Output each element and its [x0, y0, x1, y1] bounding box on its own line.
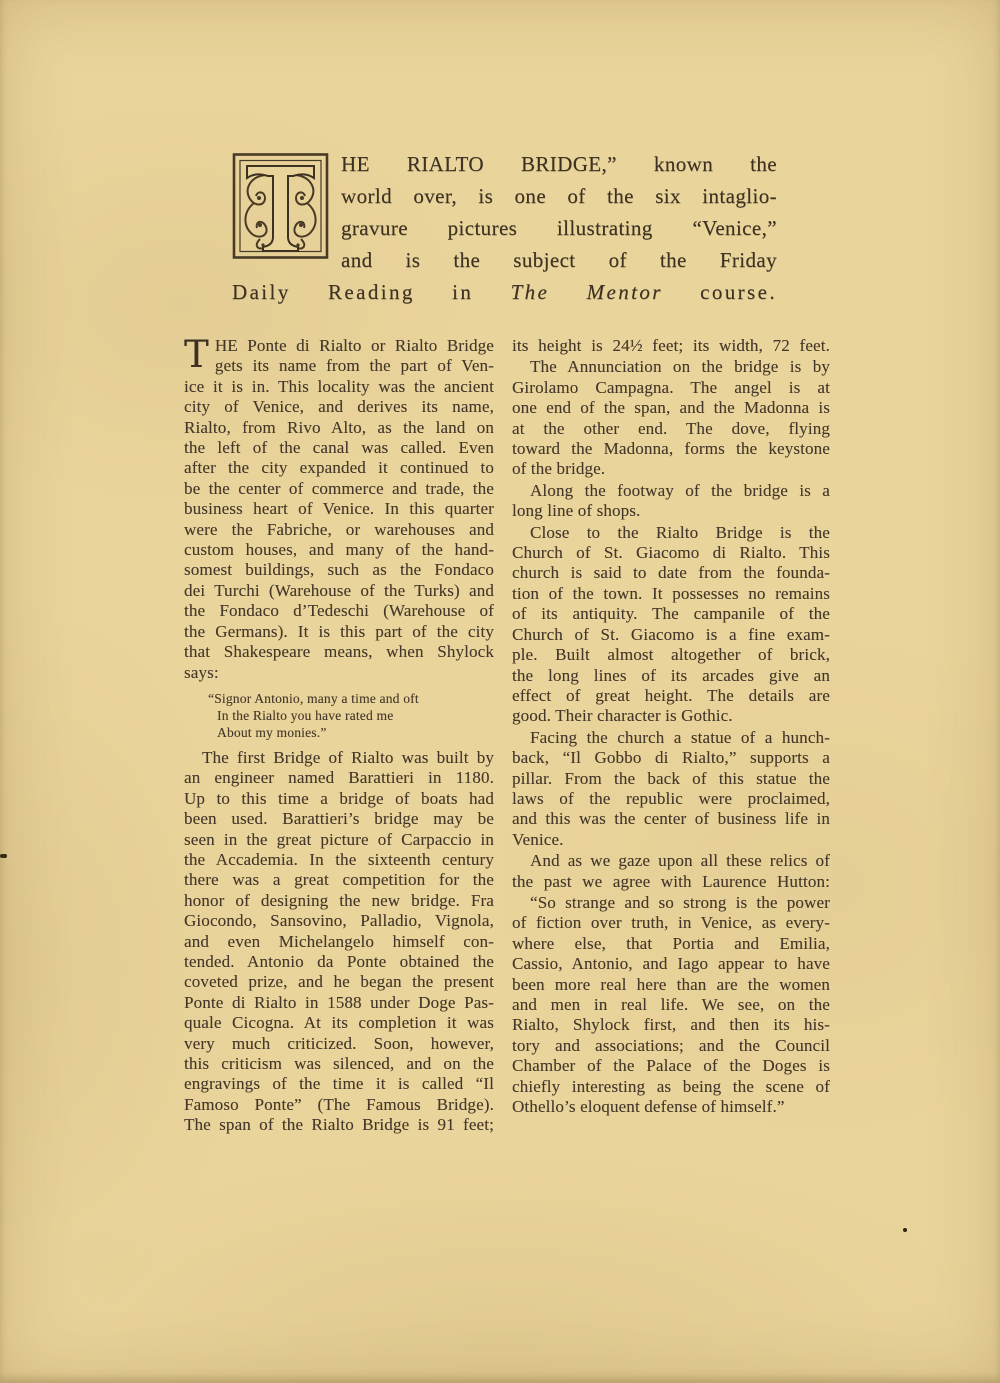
text-line: In the Rialto you have rated me	[208, 707, 494, 724]
paragraph: Along the footway of the bridge is along…	[512, 481, 830, 522]
text-line: seen in the great picture of Carpaccio i…	[184, 830, 494, 850]
text-line: and this was the center of business life…	[512, 809, 830, 829]
text-line: The first Bridge of Rialto was built by	[184, 748, 494, 768]
text-line: Othello’s eloquent defense of himself.”	[512, 1097, 830, 1117]
text-line: tory and associations; and the Council	[512, 1036, 830, 1056]
publication-name: The Mentor	[511, 280, 663, 304]
header-last-suffix: course.	[663, 280, 777, 304]
text-line: ice it is in. This locality was the anci…	[184, 377, 494, 397]
paragraph: “So strange and so strong is the powerof…	[512, 893, 830, 1117]
text-line: Rialto, Shylock first, and then its his-	[512, 1015, 830, 1035]
text-line: at the other end. The dove, flying	[512, 419, 830, 439]
ornate-initial-t-icon	[232, 151, 329, 261]
text-line: quale Cicogna. At its completion it was	[184, 1013, 494, 1033]
text-line: dei Turchi (Warehouse of the Turks) and	[184, 581, 494, 601]
paragraph: Facing the church a statue of a hunch-ba…	[512, 728, 830, 850]
text-line: very much criticized. Soon, however,	[184, 1034, 494, 1054]
text-line: The Annunciation on the bridge is by	[512, 357, 830, 377]
text-line: this criticism was silenced, and on the	[184, 1054, 494, 1074]
text-line: Up to this time a bridge of boats had	[184, 789, 494, 809]
text-line: pillar. From the back of this statue the	[512, 769, 830, 789]
left-column: THE Ponte di Rialto or Rialto Bridgegets…	[184, 336, 494, 1137]
text-line: business heart of Venice. In this quarte…	[184, 499, 494, 519]
text-line: Famoso Ponte” (The Famous Bridge).	[184, 1095, 494, 1115]
right-column: its height is 24½ feet; its width, 72 fe…	[512, 336, 830, 1118]
text-line: been more real here than are the women	[512, 975, 830, 995]
text-line: and even Michelangelo himself con-	[184, 932, 494, 952]
paragraph: THE Ponte di Rialto or Rialto Bridgegets…	[184, 336, 494, 683]
lead-paragraph: HE RIALTO BRIDGE,” known the world over,…	[232, 148, 777, 308]
text-line: Ponte di Rialto in 1588 under Doge Pas-	[184, 993, 494, 1013]
verse-quote: “Signor Antonio, many a time and oftIn t…	[208, 690, 494, 741]
paragraph: Close to the Rialto Bridge is theChurch …	[512, 523, 830, 727]
text-line: ple. Built almost altogether of brick,	[512, 645, 830, 665]
text-line: Cassio, Antonio, and Iago appear to have	[512, 954, 830, 974]
text-line: of fiction over truth, in Venice, as eve…	[512, 913, 830, 933]
paper-speck	[903, 1228, 907, 1232]
text-line: Church of St. Giacomo is a fine exam-	[512, 625, 830, 645]
paragraph: The first Bridge of Rialto was built bya…	[184, 748, 494, 1136]
drop-initial: T	[184, 337, 209, 376]
text-line: gets its name from the part of Ven-	[184, 356, 494, 376]
text-line: The span of the Rialto Bridge is 91 feet…	[184, 1115, 494, 1135]
paragraph: its height is 24½ feet; its width, 72 fe…	[512, 336, 830, 356]
text-line: church is said to date from the founda-	[512, 563, 830, 583]
text-line: after the city expanded it continued to	[184, 458, 494, 478]
text-line: and men in real life. We see, on the	[512, 995, 830, 1015]
text-line: somest buildings, such as the Fondaco	[184, 560, 494, 580]
text-line: HE Ponte di Rialto or Rialto Bridge	[184, 336, 494, 356]
text-line: Chamber of the Palace of the Doges is	[512, 1056, 830, 1076]
text-line: its height is 24½ feet; its width, 72 fe…	[512, 336, 830, 356]
text-line: Along the footway of the bridge is a	[512, 481, 830, 501]
header-line-last: Daily Reading in The Mentor course.	[232, 276, 777, 308]
text-line: laws of the republic were proclaimed,	[512, 789, 830, 809]
text-line: Venice.	[512, 830, 830, 850]
text-line: coveted prize, and he began the present	[184, 972, 494, 992]
text-line: tion of the town. It possesses no remain…	[512, 584, 830, 604]
paragraph: The Annunciation on the bridge is byGiro…	[512, 357, 830, 479]
text-line: engravings of the time it is called “Il	[184, 1074, 494, 1094]
text-line: were the Fabriche, or warehouses and	[184, 520, 494, 540]
text-line: “Signor Antonio, many a time and oft	[208, 690, 494, 707]
text-line: Rialto, from Rivo Alto, as the land on	[184, 418, 494, 438]
text-line: the Germans). It is this part of the cit…	[184, 622, 494, 642]
text-line: Church of St. Giacomo di Rialto. This	[512, 543, 830, 563]
paragraph: And as we gaze upon all these relics oft…	[512, 851, 830, 892]
text-line: says:	[184, 663, 494, 683]
text-line: where else, that Portia and Emilia,	[512, 934, 830, 954]
text-line: the Accademia. In the sixteenth century	[184, 850, 494, 870]
text-line: the long lines of its arcades give an	[512, 666, 830, 686]
text-line: effect of great height. The details are	[512, 686, 830, 706]
text-line: be the center of commerce and trade, the	[184, 479, 494, 499]
text-line: the left of the canal was called. Even	[184, 438, 494, 458]
text-line: there was a great competition for the	[184, 870, 494, 890]
text-line: custom houses, and many of the hand-	[184, 540, 494, 560]
text-line: Giocondo, Sansovino, Palladio, Vignola,	[184, 911, 494, 931]
text-line: Close to the Rialto Bridge is the	[512, 523, 830, 543]
text-line: of its antiquity. The campanile of the	[512, 604, 830, 624]
text-line: an engineer named Barattieri in 1180.	[184, 768, 494, 788]
text-line: Girolamo Campagna. The angel is at	[512, 378, 830, 398]
text-line: of the bridge.	[512, 459, 830, 479]
text-line: back, “Il Gobbo di Rialto,” supports a	[512, 748, 830, 768]
text-line: And as we gaze upon all these relics of	[512, 851, 830, 871]
text-line: city of Venice, and derives its name,	[184, 397, 494, 417]
text-line: chiefly interesting as being the scene o…	[512, 1077, 830, 1097]
text-line: About my monies.”	[208, 724, 494, 741]
text-line: toward the Madonna, forms the keystone	[512, 439, 830, 459]
text-line: been used. Barattieri’s bridge may be	[184, 809, 494, 829]
text-line: one end of the span, and the Madonna is	[512, 398, 830, 418]
paper-speck	[0, 854, 7, 858]
scanned-page: HE RIALTO BRIDGE,” known the world over,…	[0, 0, 1000, 1383]
text-line: the past we agree with Laurence Hutton:	[512, 872, 830, 892]
text-line: “So strange and so strong is the power	[512, 893, 830, 913]
text-line: honor of designing the new bridge. Fra	[184, 891, 494, 911]
text-line: Facing the church a statue of a hunch-	[512, 728, 830, 748]
text-line: that Shakespeare means, when Shylock	[184, 642, 494, 662]
header-last-prefix: Daily Reading in	[232, 280, 511, 304]
text-line: long line of shops.	[512, 501, 830, 521]
text-line: good. Their character is Gothic.	[512, 706, 830, 726]
text-line: tended. Antonio da Ponte obtained the	[184, 952, 494, 972]
text-line: the Fondaco d’Tedeschi (Warehouse of	[184, 601, 494, 621]
